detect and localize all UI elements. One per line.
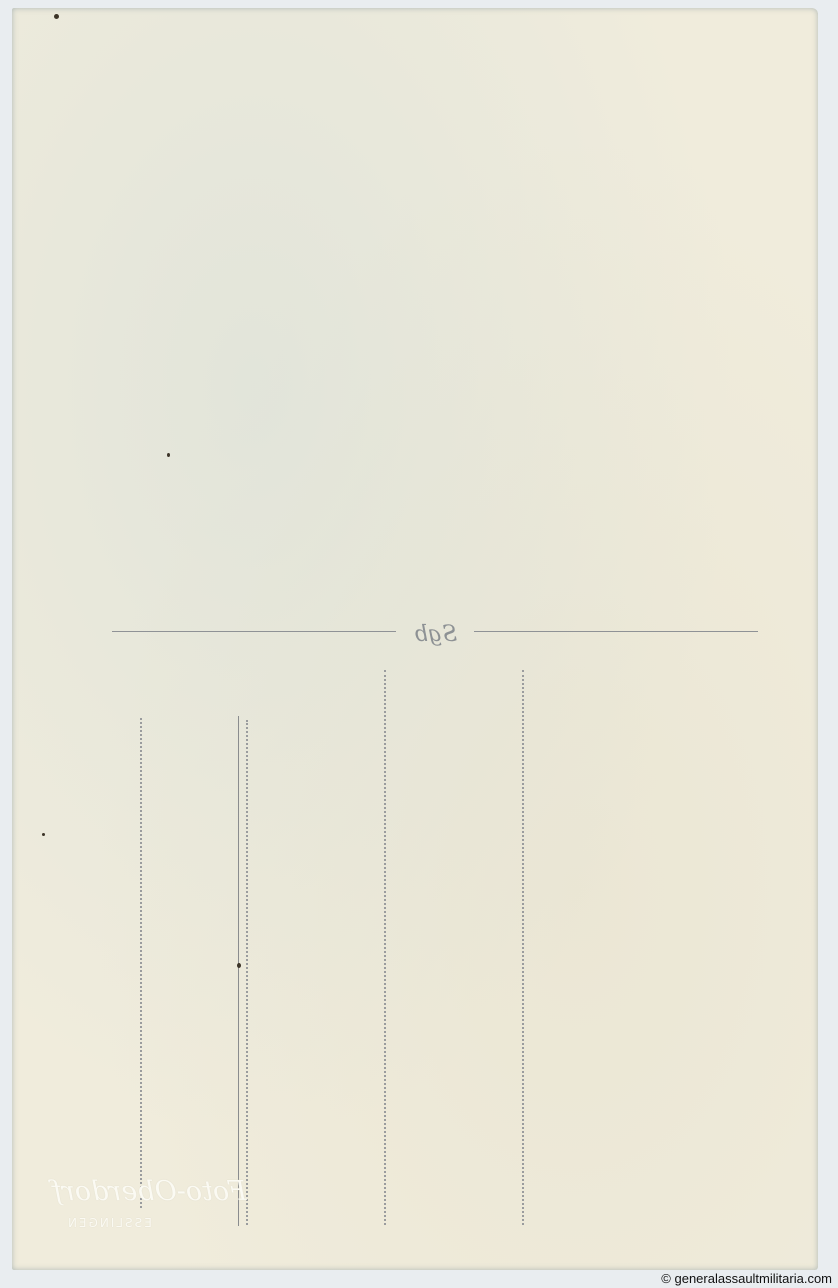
publisher-blindstamp-city: ESSLINGEN (66, 1216, 152, 1230)
foxing-spot (167, 453, 170, 457)
postcard-back: Sgb Foto-Oberdorf ESSLINGEN (12, 8, 818, 1270)
divider-line-right (474, 631, 758, 632)
stamp-box-line-3 (246, 720, 248, 1225)
stamp-box-line-2 (238, 716, 239, 1226)
publisher-monogram: Sgb (414, 622, 457, 647)
stamp-box-line-1 (140, 718, 142, 1208)
divider-line-left (112, 631, 396, 632)
address-line-2 (522, 670, 524, 1225)
copyright-watermark: © generalassaultmilitaria.com (661, 1271, 832, 1286)
foxing-spot (54, 14, 59, 19)
foxing-spot (237, 963, 241, 968)
publisher-blindstamp-script: Foto-Oberdorf (52, 1176, 246, 1207)
address-line-1 (384, 670, 386, 1225)
foxing-spot (42, 833, 45, 836)
